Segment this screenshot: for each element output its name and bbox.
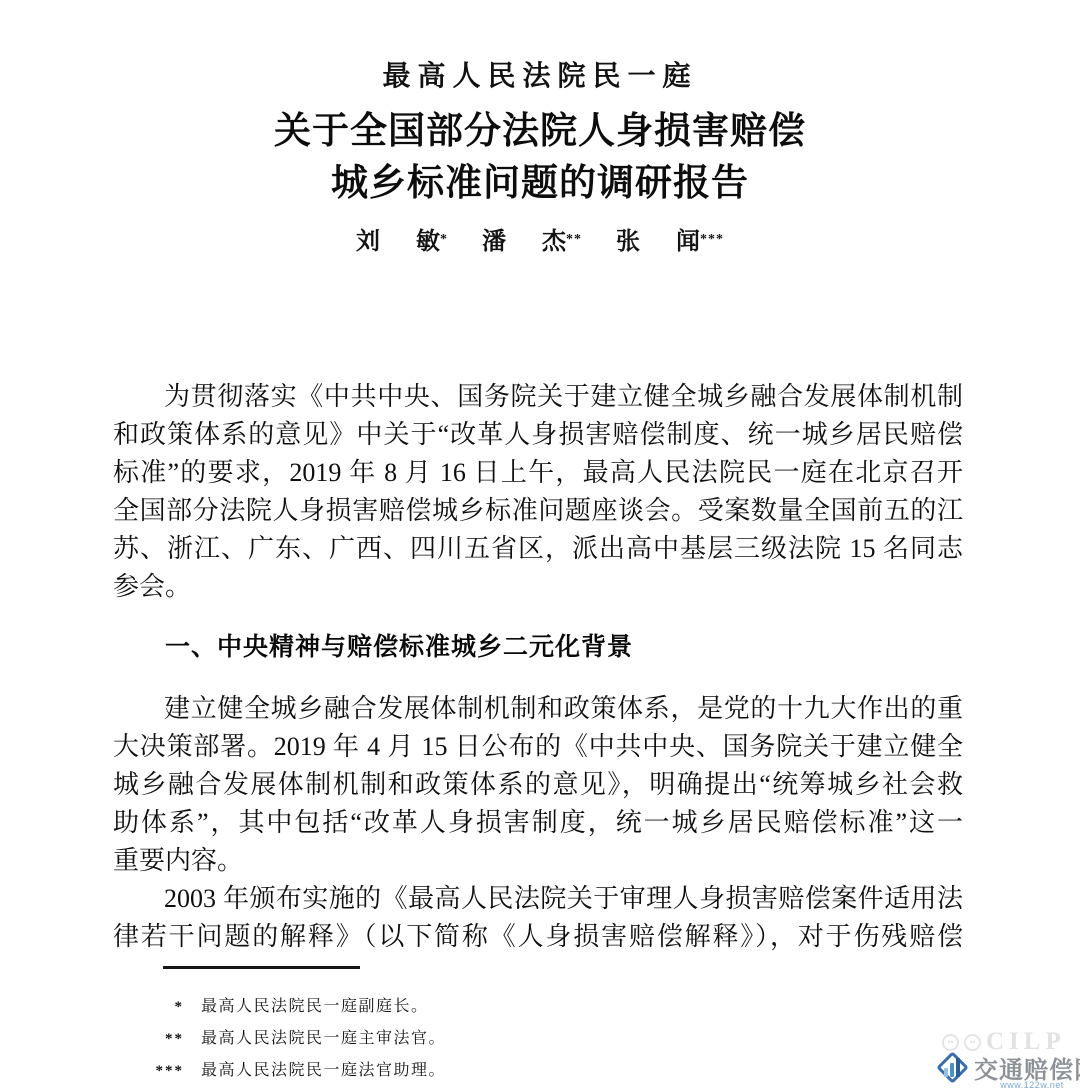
body-line: 2003 年颁布实施的《最高人民法院关于审理人身损害赔偿案件适用法	[113, 880, 963, 918]
body-line: 大决策部署。2019 年 4 月 15 日公布的《中共中央、国务院关于建立健全	[113, 728, 963, 766]
ghost-circle-icon	[942, 1034, 959, 1051]
footnote-row: * 最高人民法院民一庭副庭长。	[113, 993, 753, 1025]
footnote-separator	[163, 966, 360, 969]
footnote-text: 最高人民法院民一庭法官助理。	[201, 1057, 446, 1080]
author-3-footnote-marker: ***	[700, 232, 724, 247]
footnote-text: 最高人民法院民一庭主审法官。	[201, 1025, 446, 1048]
footnote-row: *** 最高人民法院民一庭法官助理。	[113, 1057, 753, 1089]
body-line: 建立健全城乡融合发展体制机制和政策体系，是党的十九大作出的重	[113, 690, 963, 728]
author-1-footnote-marker: *	[440, 232, 448, 247]
body-line: 标准”的要求，2019 年 8 月 16 日上午，最高人民法院民一庭在北京召开	[113, 454, 963, 492]
body-line: 为贯彻落实《中共中央、国务院关于建立健全城乡融合发展体制机制	[113, 378, 963, 416]
body-line: 助体系”，其中包括“改革人身损害制度，统一城乡居民赔偿标准”这一	[113, 804, 963, 842]
paragraph-2: 建立健全城乡融合发展体制机制和政策体系，是党的十九大作出的重 大决策部署。201…	[113, 690, 963, 880]
site-url: www.122w.net	[984, 1080, 1080, 1090]
footnotes: * 最高人民法院民一庭副庭长。 ** 最高人民法院民一庭主审法官。 *** 最高…	[113, 993, 753, 1089]
author-3-surname: 张	[616, 229, 640, 255]
report-title-line-2: 城乡标准问题的调研报告	[98, 158, 982, 210]
bar-chart-icon	[944, 1057, 962, 1077]
section-1-heading: 一、中央精神与赔偿标准城乡二元化背景	[113, 628, 963, 666]
authors-line: 刘敏* 潘杰** 张闻***	[98, 221, 982, 256]
body-line: 全国部分法院人身损害赔偿城乡标准问题座谈会。受案数量全国前五的江	[113, 492, 963, 530]
author-2-footnote-marker: **	[566, 232, 582, 247]
ghost-circle-icon	[964, 1034, 981, 1051]
document-page: 最高人民法院民一庭 关于全国部分法院人身损害赔偿 城乡标准问题的调研报告 刘敏*…	[0, 0, 1080, 1092]
body-line: 和政策体系的意见》中关于“改革人身损害赔偿制度、统一城乡居民赔偿	[113, 416, 963, 454]
paragraph-3: 2003 年颁布实施的《最高人民法院关于审理人身损害赔偿案件适用法 律若干问题的…	[113, 880, 963, 956]
body-line: 参会。	[113, 568, 963, 606]
footnote-row: ** 最高人民法院民一庭主审法官。	[113, 1025, 753, 1057]
body-line: 苏、浙江、广东、广西、四川五省区，派出高中基层三级法院 15 名同志	[113, 530, 963, 568]
footnote-marker: *	[113, 999, 201, 1016]
paragraph-1: 为贯彻落实《中共中央、国务院关于建立健全城乡融合发展体制机制 和政策体系的意见》…	[113, 378, 963, 606]
body-line: 城乡融合发展体制机制和政策体系的意见》，明确提出“统筹城乡社会救	[113, 766, 963, 804]
author-2-given: 杰	[542, 229, 566, 255]
author-3: 张闻***	[616, 221, 724, 256]
body-line: 重要内容。	[113, 842, 963, 880]
footnote-marker: **	[113, 1031, 201, 1048]
body-line: 律若干问题的解释》（以下简称《人身损害赔偿解释》），对于伤残赔偿	[113, 918, 963, 956]
footnote-marker: ***	[113, 1063, 201, 1080]
report-title-line-1: 关于全国部分法院人身损害赔偿	[98, 106, 982, 158]
report-title: 关于全国部分法院人身损害赔偿 城乡标准问题的调研报告	[98, 106, 982, 210]
site-watermark: CILP 交通赔偿网 www.122w.net	[928, 1024, 1080, 1092]
org-title: 最高人民法院民一庭	[98, 57, 982, 97]
body-text: 为贯彻落实《中共中央、国务院关于建立健全城乡融合发展体制机制 和政策体系的意见》…	[113, 378, 963, 956]
footnote-text: 最高人民法院民一庭副庭长。	[201, 993, 429, 1016]
author-2: 潘杰**	[482, 221, 582, 256]
site-logo-icon	[937, 1052, 968, 1083]
author-3-given: 闻	[676, 229, 700, 255]
author-1: 刘敏*	[356, 221, 448, 256]
author-2-surname: 潘	[482, 229, 506, 255]
author-1-given: 敏	[416, 229, 440, 255]
author-1-surname: 刘	[356, 229, 380, 255]
